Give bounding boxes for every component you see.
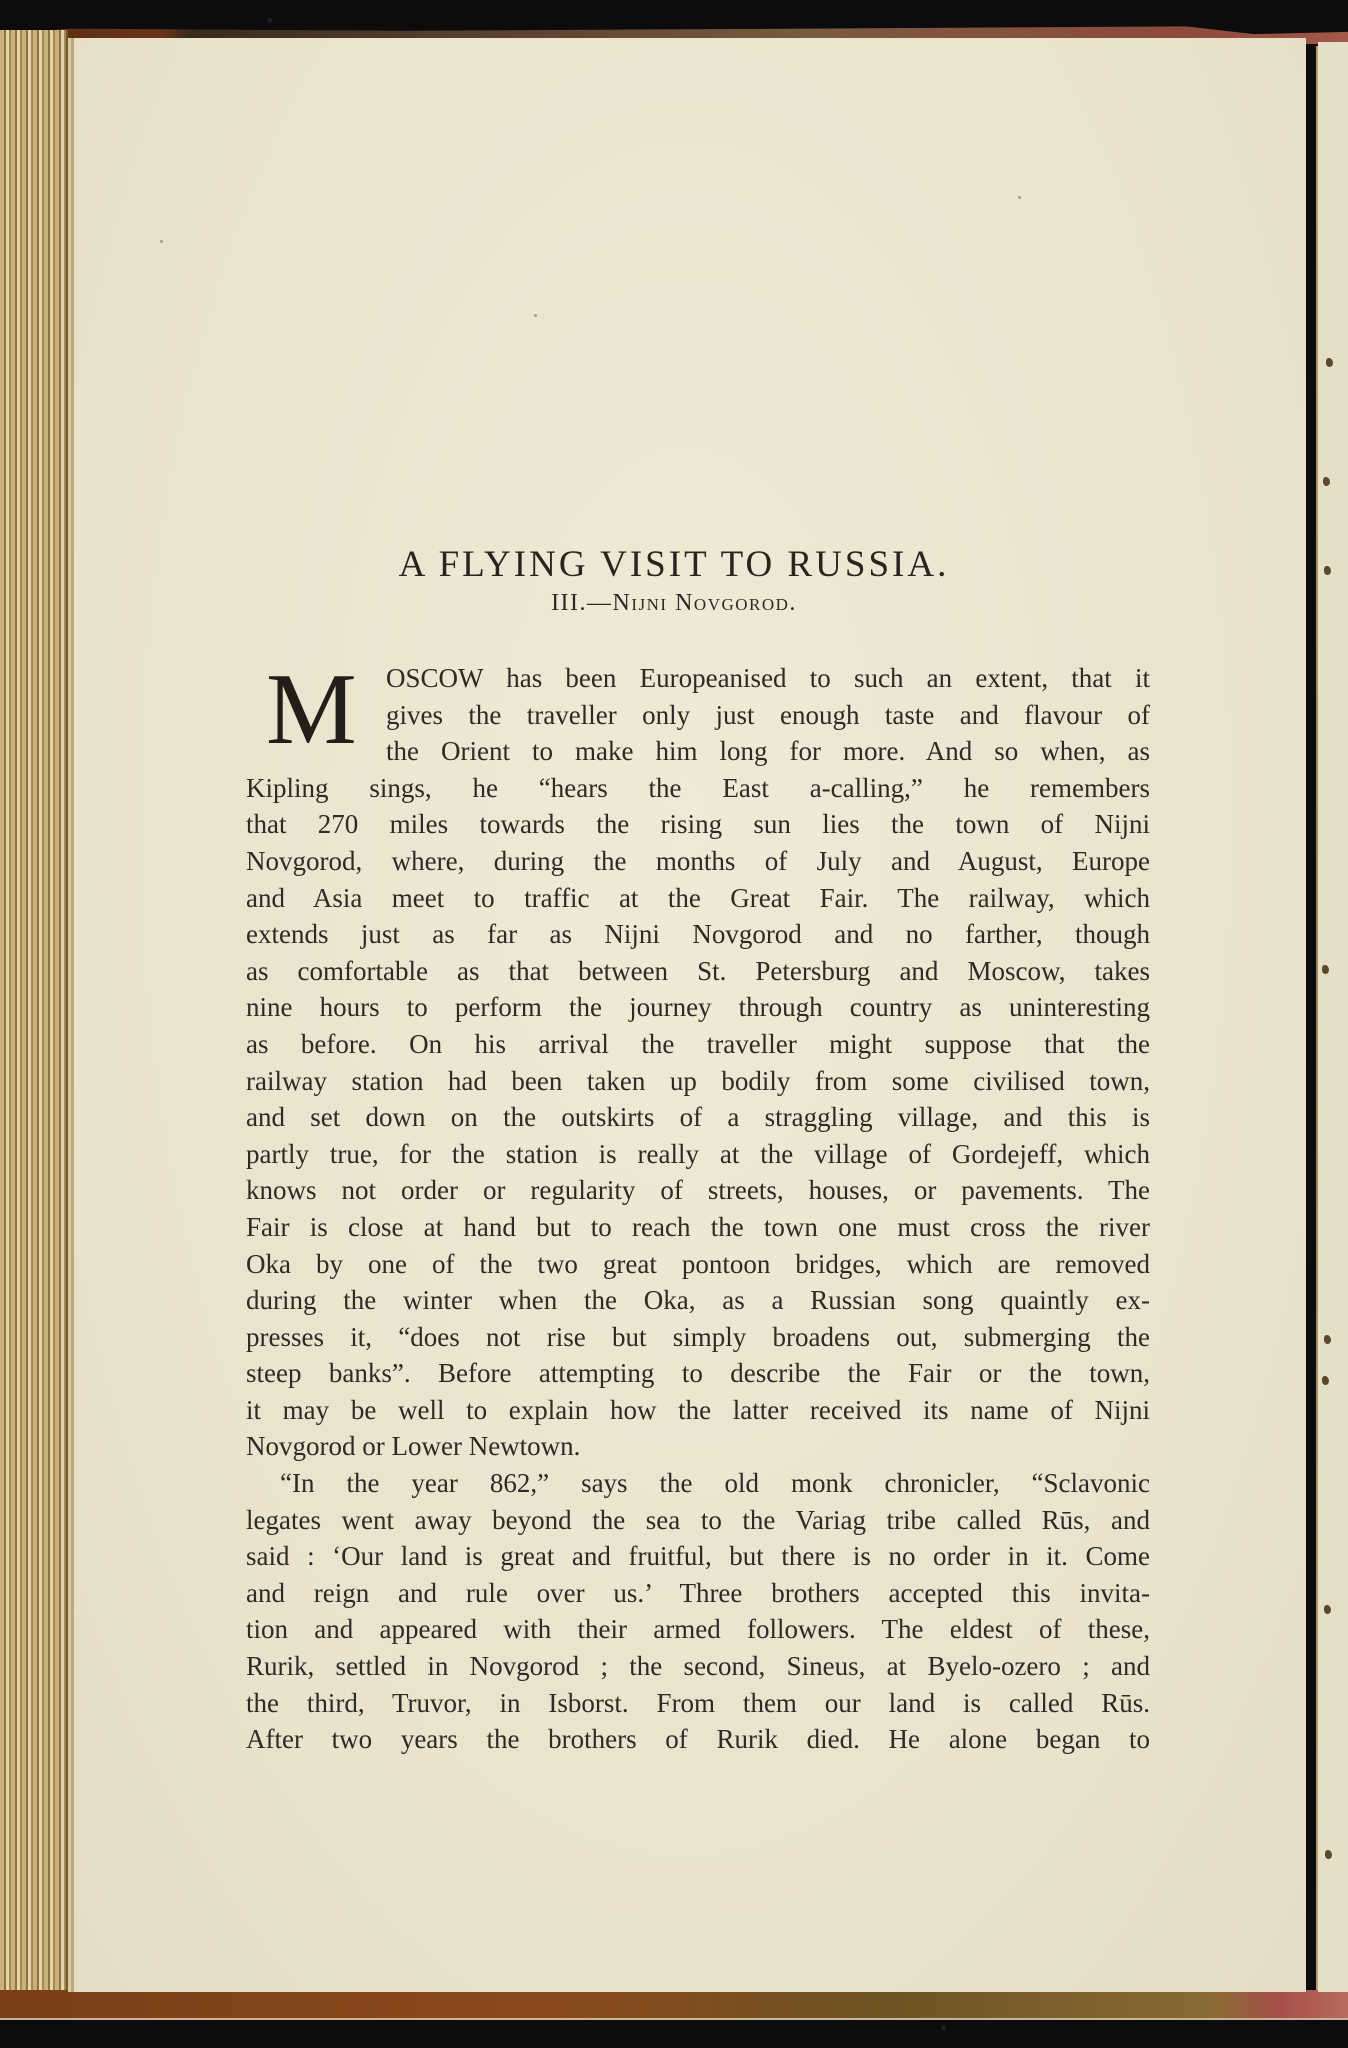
text-line: Novgorod, where, during the months of Ju…	[246, 843, 1150, 880]
text-line: tion and appeared with their armed follo…	[246, 1611, 1150, 1648]
article-body: M OSCOW has been Europeanised to such an…	[246, 660, 1150, 1758]
text-line: Rurik, settled in Novgorod ; the second,…	[246, 1648, 1150, 1685]
text-line: that 270 miles towards the rising sun li…	[246, 806, 1150, 843]
paragraph-2: “In the year 862,” says the old monk chr…	[246, 1465, 1150, 1758]
text-line: railway station had been taken up bodily…	[246, 1063, 1150, 1100]
book-cover-bottom-edge	[0, 1990, 1348, 2020]
text-line: “In the year 862,” says the old monk chr…	[246, 1465, 1150, 1502]
facing-page-ink-mark	[1322, 1376, 1329, 1385]
facing-page-ink-mark	[1325, 1850, 1332, 1859]
facing-page-ink-mark	[1323, 477, 1330, 486]
text-line: nine hours to perform the journey throug…	[246, 989, 1150, 1026]
text-line: the Orient to make him long for more. An…	[246, 733, 1150, 770]
facing-page-ink-mark	[1324, 1335, 1331, 1344]
text-line: Novgorod or Lower Newtown.	[246, 1428, 1150, 1465]
facing-page-edge	[1318, 42, 1348, 1992]
paper-speck	[534, 314, 537, 317]
text-line: presses it, “does not rise but simply br…	[246, 1319, 1150, 1356]
text-line: OSCOW has been Europeanised to such an e…	[246, 660, 1150, 697]
text-line: and reign and rule over us.’ Three broth…	[246, 1575, 1150, 1612]
stacked-page-edges	[0, 30, 68, 1992]
text-line: After two years the brothers of Rurik di…	[246, 1721, 1150, 1758]
text-line: steep banks”. Before attempting to descr…	[246, 1355, 1150, 1392]
text-line: said : ‘Our land is great and fruitful, …	[246, 1538, 1150, 1575]
text-line: partly true, for the station is really a…	[246, 1136, 1150, 1173]
text-line: and Asia meet to traffic at the Great Fa…	[246, 880, 1150, 917]
text-line: extends just as far as Nijni Novgorod an…	[246, 916, 1150, 953]
text-line: Kipling sings, he “hears the East a-call…	[246, 770, 1150, 807]
text-line: Oka by one of the two great pontoon brid…	[246, 1246, 1150, 1283]
paragraph-1: OSCOW has been Europeanised to such an e…	[246, 660, 1150, 1465]
text-line: knows not order or regularity of streets…	[246, 1172, 1150, 1209]
text-line: gives the traveller only just enough tas…	[246, 697, 1150, 734]
drop-cap: M	[266, 662, 357, 758]
facing-page-ink-mark	[1324, 1605, 1331, 1614]
text-line: it may be well to explain how the latter…	[246, 1392, 1150, 1429]
article-title: A FLYING VISIT TO RUSSIA.	[0, 543, 1348, 586]
paper-speck	[1018, 196, 1021, 199]
page-gutter	[1316, 46, 1318, 1990]
text-line: as before. On his arrival the traveller …	[246, 1026, 1150, 1063]
text-line: Fair is close at hand but to reach the t…	[246, 1209, 1150, 1246]
text-line: during the winter when the Oka, as a Rus…	[246, 1282, 1150, 1319]
text-line: as comfortable as that between St. Peter…	[246, 953, 1150, 990]
text-line: and set down on the outskirts of a strag…	[246, 1099, 1150, 1136]
text-line: legates went away beyond the sea to the …	[246, 1502, 1150, 1539]
paper-speck	[160, 240, 163, 243]
text-line: the third, Truvor, in Isborst. From them…	[246, 1685, 1150, 1722]
facing-page-ink-mark	[1326, 358, 1333, 367]
facing-page-ink-mark	[1322, 965, 1329, 974]
chapter-subtitle: III.—Nijni Novgorod.	[0, 590, 1348, 617]
